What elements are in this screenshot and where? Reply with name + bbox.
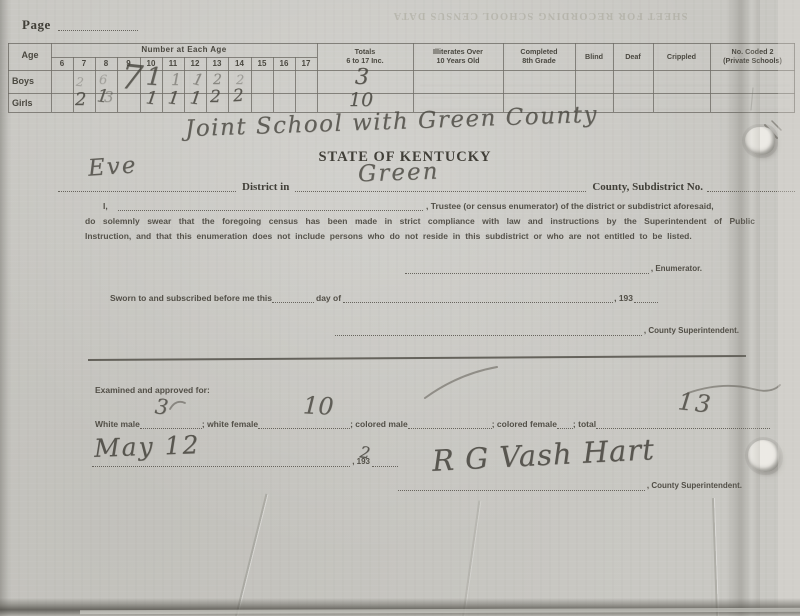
pencil-marks <box>0 0 800 616</box>
scanned-census-form: SHEET FOR RECORDING SCHOOL CENSUS DATA P… <box>0 0 800 616</box>
right-edge-shading <box>726 0 760 616</box>
left-edge-shading <box>0 0 10 616</box>
right-edge-light-strip <box>778 0 800 616</box>
